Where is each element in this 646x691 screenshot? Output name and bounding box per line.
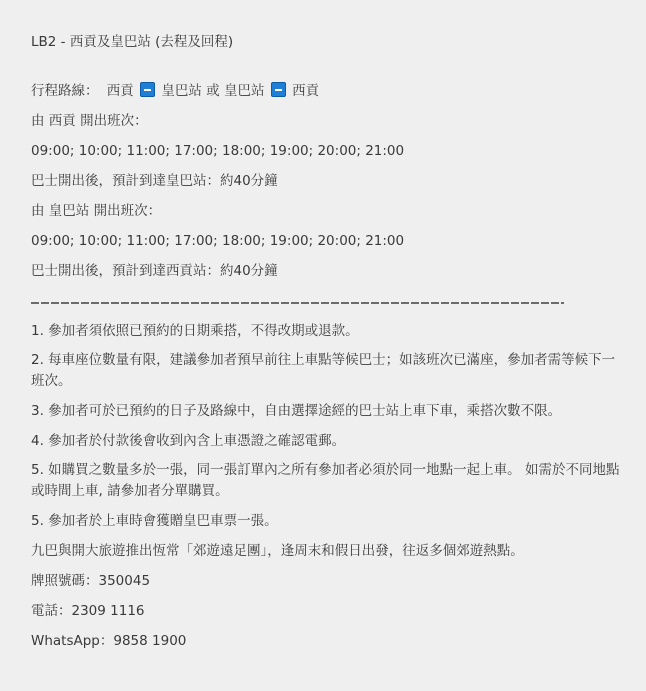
schedule-eta: 巴士開出後，預計到達皇巴站：約40分鐘 [31,171,278,191]
right-arrow-icon [140,82,155,97]
route-label: 行程路線： [31,83,99,99]
schedule-times: 09:00; 10:00; 11:00; 17:00; 18:00; 19:00… [31,141,404,161]
route-mid: 皇巴站 或 皇巴站 [161,83,264,99]
route-destination: 西貢 [292,83,319,99]
term-item: 5. 參加者於上車時會獲贈皇巴車票一張。 [31,511,278,531]
term-item: 2. 每車座位數量有限，建議參加者預早前往上車點等候巴士；如該班次已滿座，參加者… [31,350,623,392]
term-item: 5. 如購買之數量多於一張，同一張訂單內之所有參加者必須於同一地點一起上車。 如… [31,460,623,502]
schedule-eta: 巴士開出後，預計到達西貢站：約40分鐘 [31,261,278,281]
license-number: 牌照號碼：350045 [31,571,150,591]
phone-number: 電話：2309 1116 [31,601,145,621]
whatsapp-number: WhatsApp：9858 1900 [31,631,186,651]
schedule-heading: 由 皇巴站 開出班次： [31,201,161,221]
schedule-heading: 由 西貢 開出班次： [31,111,148,131]
right-arrow-icon [271,82,286,97]
dashed-divider [31,302,564,304]
term-item: 3. 參加者可於已預約的日子及路線中，自由選擇途經的巴士站上車下車，乘搭次數不限… [31,401,561,421]
term-item: 1. 參加者須依照已預約的日期乘搭，不得改期或退款。 [31,321,359,341]
route-line: 行程路線： 西貢 皇巴站 或 皇巴站 西貢 [31,81,319,101]
promo-text: 九巴與開大旅遊推出恆常「郊遊遠足團」，逢周末和假日出發，往返多個郊遊熱點。 [31,541,524,561]
route-origin: 西貢 [107,83,134,99]
page-title: LB2 - 西貢及皇巴站 (去程及回程) [31,32,233,52]
term-item: 4. 參加者於付款後會收到內含上車憑證之確認電郵。 [31,431,345,451]
schedule-times: 09:00; 10:00; 11:00; 17:00; 18:00; 19:00… [31,231,404,251]
